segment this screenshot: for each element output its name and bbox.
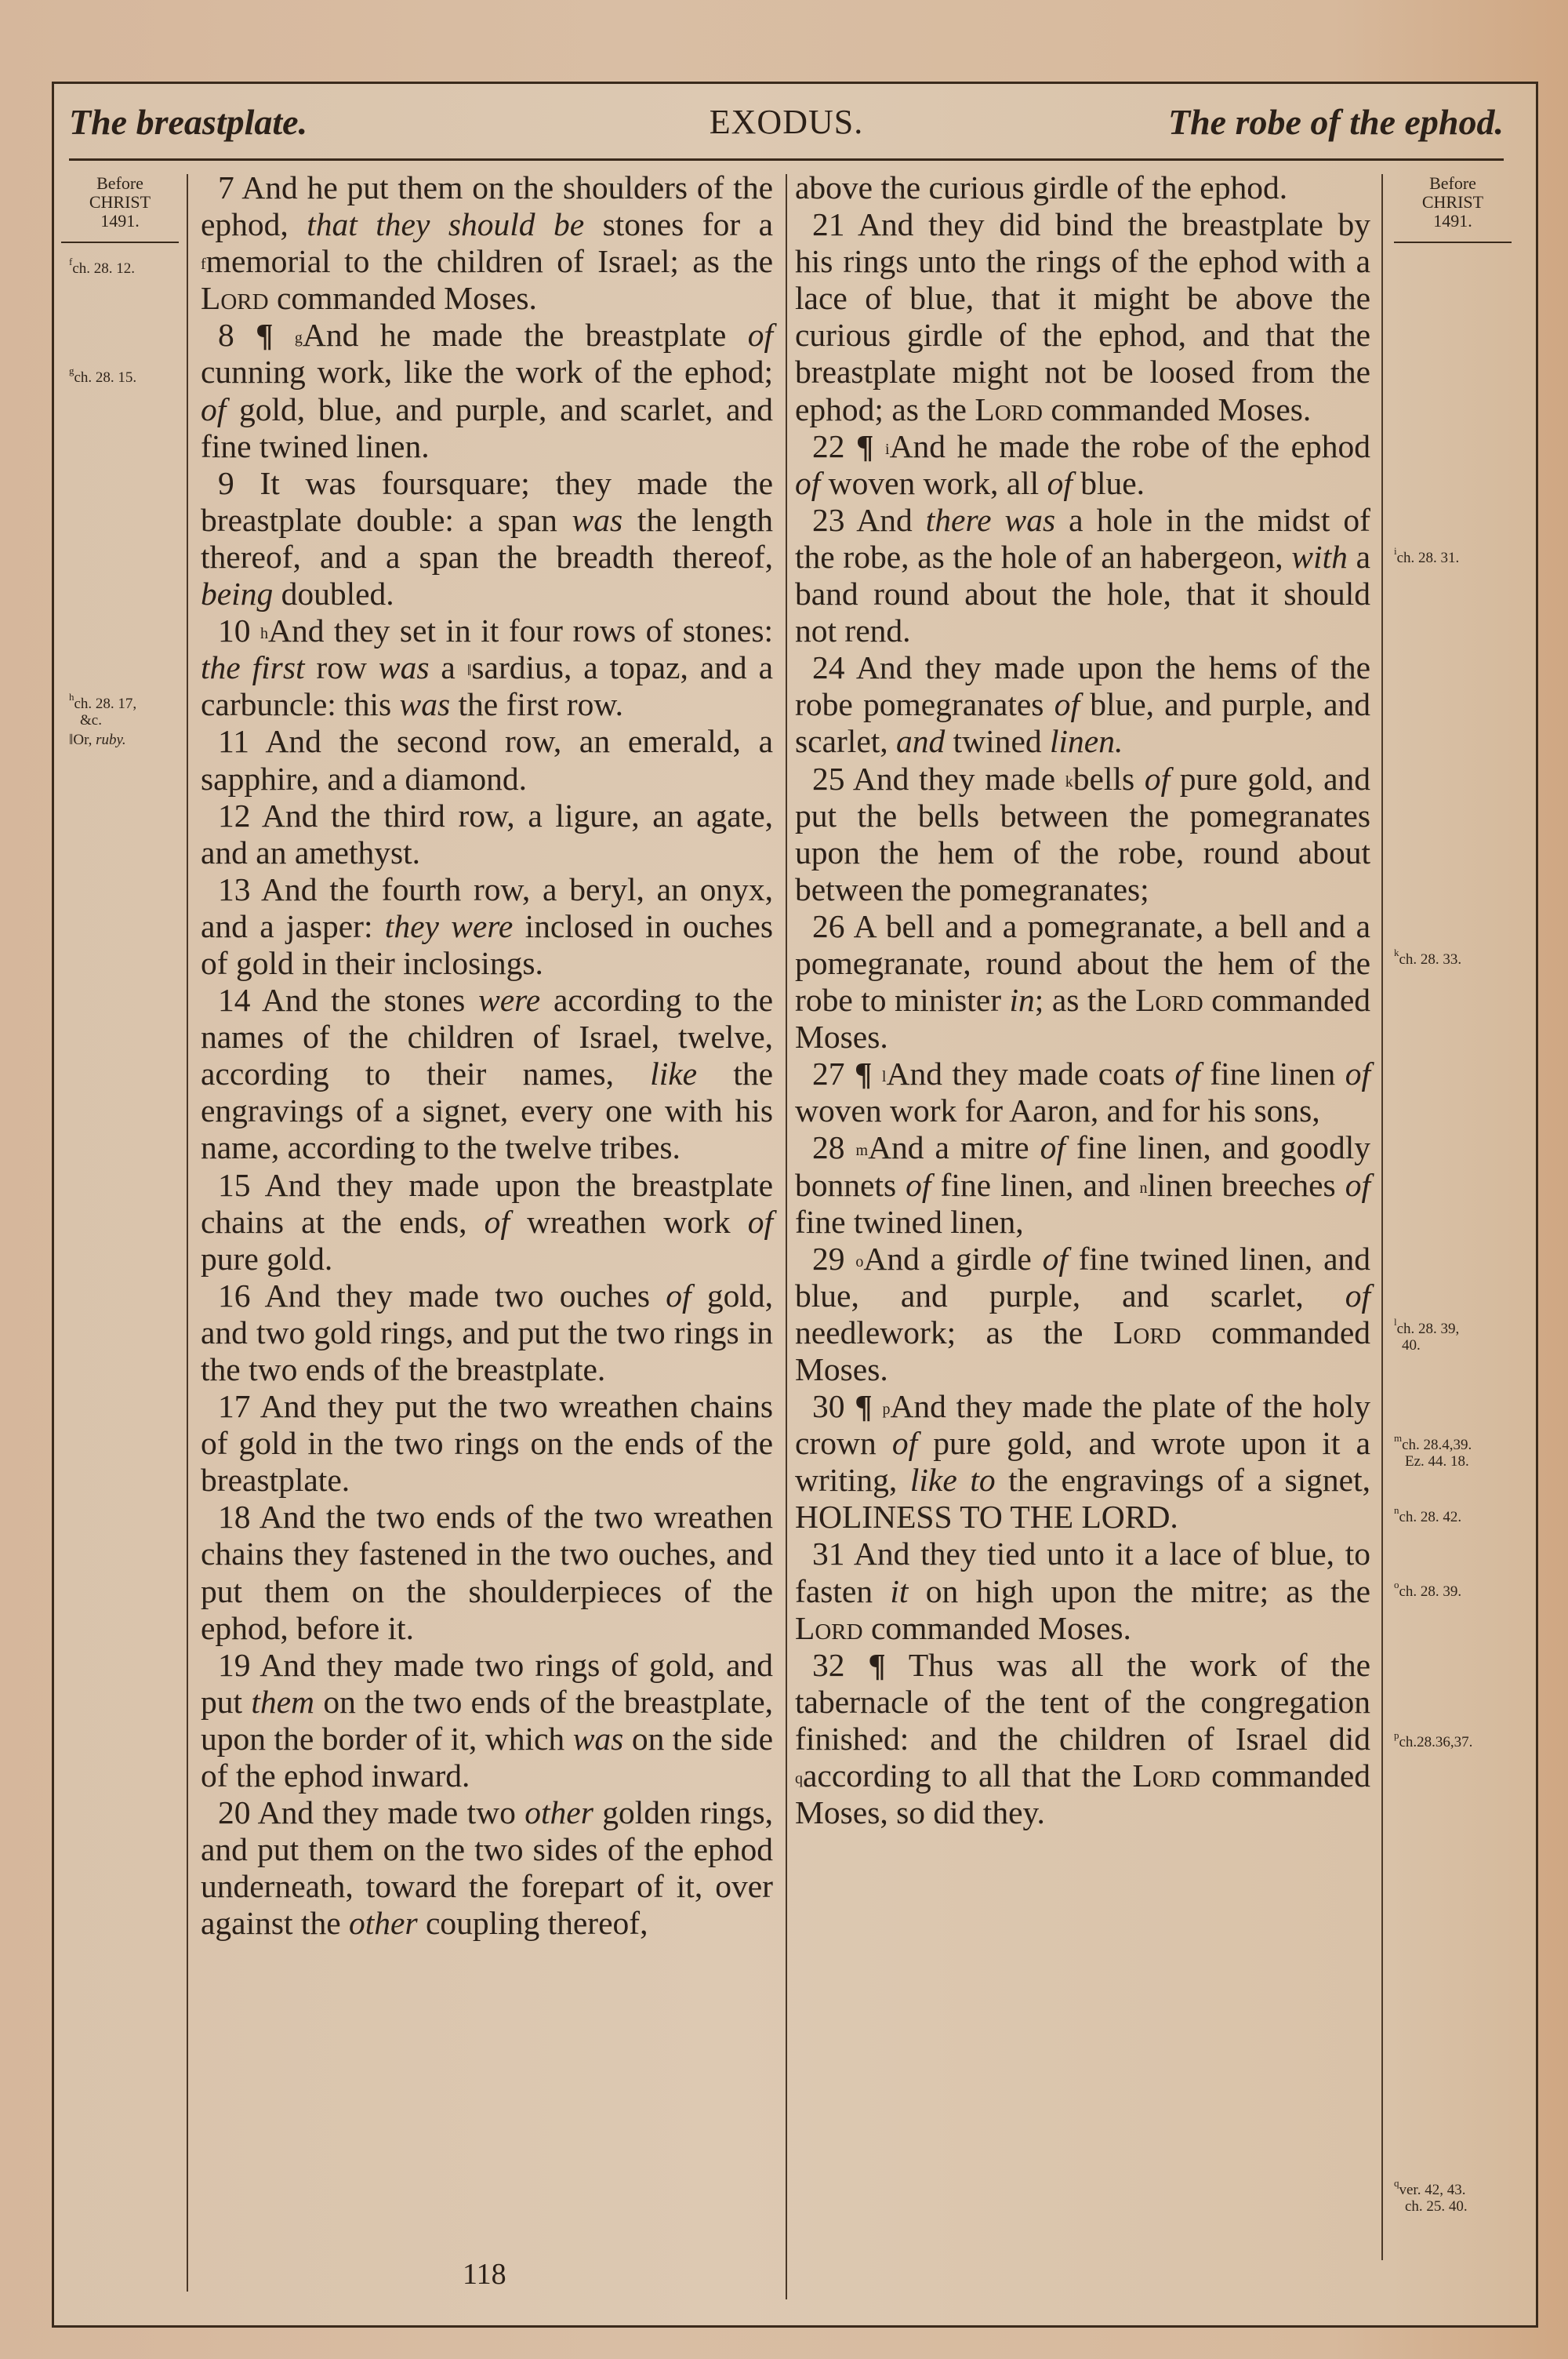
verse-text: And they made two — [258, 1794, 525, 1830]
verse-italic: of — [748, 1204, 773, 1240]
verse-smallcaps: Lord — [1113, 1314, 1181, 1350]
verse-text: stones for a — [584, 206, 773, 242]
verse-italic: linen. — [1050, 723, 1123, 759]
note-mark: k — [1394, 947, 1399, 958]
book-title: EXODUS. — [710, 102, 863, 142]
verse-italic: of — [892, 1425, 917, 1461]
verse-8: 8 ¶ gAnd he made the breastplate of cunn… — [201, 317, 773, 464]
verse-number: 9 — [218, 465, 234, 501]
verse-italic: like — [650, 1056, 697, 1092]
verse-28: 28 mAnd a mitre of fine linen, and goodl… — [795, 1129, 1370, 1240]
verse-italic: them — [251, 1684, 314, 1720]
note-mark: f — [69, 256, 72, 267]
verse-number: 20 — [218, 1794, 251, 1830]
date-rule — [1394, 242, 1512, 243]
left-margin-rule — [187, 174, 188, 2292]
date-before-christ-right: Before CHRIST 1491. — [1394, 174, 1512, 231]
verse-text: commanded Moses. — [269, 280, 537, 316]
note-mark: n — [1394, 1504, 1399, 1516]
verse-text: gold, blue, and purple, and scarlet, and… — [201, 391, 773, 464]
note-text: 40. — [1394, 1337, 1421, 1354]
verse-20-continued: above the curious girdle of the ephod. — [795, 169, 1370, 206]
verse-text: linen breeches — [1147, 1167, 1345, 1203]
verse-text: And they made coats — [886, 1056, 1174, 1092]
reference-mark: f — [201, 256, 206, 273]
note-text: ch. 28. 39. — [1399, 1583, 1462, 1600]
verse-text: And he made the robe of the ephod — [890, 428, 1370, 464]
verse-30: 30 ¶ pAnd they made the plate of the hol… — [795, 1388, 1370, 1536]
header-rule — [69, 158, 1504, 161]
running-head-left: The breastplate. — [69, 101, 307, 143]
reference-mark: k — [1065, 773, 1073, 791]
verse-number: 8 — [218, 317, 234, 353]
note-mark: l — [1394, 1316, 1397, 1328]
verse-text: And he made the breastplate — [303, 317, 748, 353]
date-line: CHRIST — [1394, 193, 1512, 212]
verse-text: And they set in it four rows of stones: — [268, 612, 773, 649]
cross-reference-l: lch. 28. 39,40. — [1394, 1321, 1459, 1354]
verse-italic: were — [478, 982, 540, 1018]
text-column-left: 7 And he put them on the shoulders of th… — [201, 169, 773, 1943]
verse-text: according to all that the — [803, 1757, 1133, 1794]
verse-italic: other — [524, 1794, 593, 1830]
verse-number: 16 — [218, 1278, 251, 1314]
verse-11: 11 And the second row, an emerald, a sap… — [201, 723, 773, 797]
reference-mark: p — [882, 1401, 890, 1418]
verse-9: 9 It was foursquare; they made the breas… — [201, 465, 773, 612]
verse-29: 29 oAnd a girdle of fine twined linen, a… — [795, 1241, 1370, 1388]
date-line: 1491. — [61, 212, 179, 231]
verse-italic: of — [1345, 1056, 1370, 1092]
verse-smallcaps: Lord — [1135, 982, 1203, 1018]
verse-text: woven work, all — [820, 465, 1047, 501]
verse-text: cunning work, like the work of the ephod… — [201, 354, 773, 390]
verse-italic: of — [795, 465, 820, 501]
verse-italic: of — [485, 1204, 510, 1240]
page-number: 118 — [463, 2257, 506, 2292]
verse-number: 19 — [218, 1647, 251, 1683]
date-line: 1491. — [1394, 212, 1512, 231]
cross-reference-f: fch. 28. 12. — [69, 260, 135, 277]
verse-number: 10 — [218, 612, 251, 649]
verse-number: 25 — [812, 761, 845, 797]
verse-italic: of — [1175, 1056, 1200, 1092]
note-text: Ez. 44. 18. — [1394, 1453, 1469, 1470]
verse-text: And they put the two wreathen chains of … — [201, 1388, 773, 1498]
verse-27: 27 ¶ lAnd they made coats of fine linen … — [795, 1056, 1370, 1129]
verse-17: 17 And they put the two wreathen chains … — [201, 1388, 773, 1499]
verse-number: 30 — [812, 1388, 845, 1424]
verse-text: commanded Moses. — [1043, 391, 1311, 427]
date-line: Before — [1394, 174, 1512, 193]
verse-text: And they made — [853, 761, 1065, 797]
verse-italic: the first — [201, 649, 305, 685]
reference-mark: h — [260, 625, 268, 642]
verse-text: And the stones — [262, 982, 478, 1018]
pilcrow-icon: ¶ — [856, 428, 873, 464]
reference-mark: ‖ — [467, 662, 472, 679]
verse-25: 25 And they made kbells of pure gold, an… — [795, 761, 1370, 908]
verse-text: a — [430, 649, 467, 685]
note-text: ch. 28. 42. — [1399, 1509, 1462, 1525]
running-head: The breastplate. EXODUS. The robe of the… — [69, 94, 1504, 149]
cross-reference-h: hch. 28. 17,&c. — [69, 696, 136, 729]
reference-mark: g — [295, 329, 303, 347]
verse-text: And the two ends of the two wreathen cha… — [201, 1499, 773, 1645]
verse-text: blue. — [1073, 465, 1145, 501]
note-text: ch. 28.4,39. — [1402, 1437, 1472, 1453]
verse-text: bells — [1073, 761, 1145, 797]
verse-number: 23 — [812, 502, 845, 538]
note-mark: i — [1394, 545, 1397, 557]
verse-italic: of — [1043, 1241, 1068, 1277]
verse-16: 16 And they made two ouches of gold, and… — [201, 1278, 773, 1388]
note-mark: g — [69, 365, 74, 376]
verse-number: 29 — [812, 1241, 845, 1277]
verse-italic: was — [400, 686, 451, 722]
verse-text: needlework; as the — [795, 1314, 1113, 1350]
reference-mark: o — [855, 1253, 863, 1270]
verse-text: And — [856, 502, 926, 538]
verse-12: 12 And the third row, a ligure, an agate… — [201, 798, 773, 871]
verse-number: 32 — [812, 1647, 845, 1683]
verse-15: 15 And they made upon the breastplate ch… — [201, 1167, 773, 1278]
cross-reference-i: ich. 28. 31. — [1394, 550, 1459, 566]
cross-reference-g: gch. 28. 15. — [69, 369, 136, 386]
verse-number: 22 — [812, 428, 845, 464]
note-text: Or, — [73, 732, 96, 748]
cross-reference-q: qver. 42, 43.ch. 25. 40. — [1394, 2182, 1468, 2215]
note-text: ch.28.36,37. — [1399, 1734, 1473, 1750]
note-text: ch. 28. 15. — [74, 369, 137, 386]
date-line: Before — [61, 174, 179, 193]
verse-smallcaps: Lord — [201, 280, 269, 316]
pilcrow-icon: ¶ — [868, 1647, 885, 1683]
note-mark: m — [1394, 1432, 1402, 1444]
verse-text: And the second row, an emerald, a sapphi… — [201, 723, 773, 796]
reference-mark: l — [882, 1068, 887, 1085]
right-margin: Before CHRIST 1491. — [1394, 174, 1512, 243]
verse-number: 17 — [218, 1388, 251, 1424]
verse-19: 19 And they made two rings of gold, and … — [201, 1647, 773, 1794]
cross-reference-m: mch. 28.4,39.Ez. 44. 18. — [1394, 1437, 1472, 1470]
text-column-right: above the curious girdle of the ephod. 2… — [795, 169, 1370, 1831]
verse-text: coupling thereof, — [418, 1905, 648, 1941]
verse-italic: they were — [385, 908, 514, 944]
verse-24: 24 And they made upon the hems of the ro… — [795, 649, 1370, 760]
verse-number: 11 — [218, 723, 249, 759]
pilcrow-icon: ¶ — [855, 1388, 872, 1424]
note-mark: o — [1394, 1579, 1399, 1590]
verse-26: 26 A bell and a pomegranate, a bell and … — [795, 908, 1370, 1056]
verse-text: on high upon the mitre; as the — [908, 1573, 1370, 1609]
cross-reference-o: och. 28. 39. — [1394, 1583, 1461, 1600]
cross-reference-n: nch. 28. 42. — [1394, 1509, 1461, 1525]
verse-text: fine twined linen, — [795, 1204, 1024, 1240]
verse-italic: was — [379, 649, 430, 685]
verse-italic: there was — [926, 502, 1055, 538]
verse-italic: it — [890, 1573, 908, 1609]
running-head-right: The robe of the ephod. — [1168, 101, 1504, 143]
reference-mark: q — [795, 1770, 803, 1787]
verse-text: woven work for Aaron, and for his sons, — [795, 1092, 1320, 1129]
verse-italic: of — [1047, 465, 1073, 501]
verse-20: 20 And they made two other golden rings,… — [201, 1794, 773, 1942]
verse-text: ; as the — [1035, 982, 1135, 1018]
verse-text: And a mitre — [868, 1129, 1040, 1165]
left-margin: Before CHRIST 1491. — [61, 174, 179, 243]
verse-text: fine linen, and — [931, 1167, 1139, 1203]
note-mark: q — [1394, 2177, 1399, 2189]
pilcrow-icon: ¶ — [855, 1056, 872, 1092]
note-text: ch. 28. 33. — [1399, 951, 1462, 968]
verse-italic: of — [201, 391, 226, 427]
right-margin-rule — [1381, 174, 1383, 2260]
verse-smallcaps: Lord — [975, 391, 1043, 427]
note-text: ch. 28. 39, — [1397, 1321, 1460, 1337]
verse-smallcaps: Lord — [1133, 1757, 1201, 1794]
verse-32: 32 ¶ Thus was all the work of the tabern… — [795, 1647, 1370, 1831]
verse-italic: was — [572, 502, 623, 538]
marginal-reading-ruby: ‖Or, ruby. — [69, 732, 126, 748]
verse-italic: was — [573, 1721, 624, 1757]
note-text: ch. 28. 31. — [1397, 550, 1460, 566]
verse-number: 18 — [218, 1499, 251, 1535]
verse-number: 21 — [812, 206, 845, 242]
note-mark: p — [1394, 1729, 1399, 1741]
reference-mark: i — [885, 441, 890, 458]
center-column-rule — [786, 174, 787, 2299]
note-text: ch. 28. 12. — [72, 260, 135, 277]
cross-reference-k: kch. 28. 33. — [1394, 951, 1461, 968]
verse-14: 14 And the stones were according to the … — [201, 982, 773, 1166]
verse-number: 26 — [812, 908, 845, 944]
verse-text: above the curious girdle of the ephod. — [795, 169, 1287, 205]
verse-7: 7 And he put them on the shoulders of th… — [201, 169, 773, 317]
note-text: ver. 42, 43. — [1399, 2182, 1466, 2198]
verse-italic: of — [1040, 1129, 1065, 1165]
verse-text: pure gold. — [201, 1241, 332, 1277]
verse-number: 12 — [218, 798, 251, 834]
verse-31: 31 And they tied unto it a lace of blue,… — [795, 1536, 1370, 1646]
verse-18: 18 And the two ends of the two wreathen … — [201, 1499, 773, 1646]
verse-number: 14 — [218, 982, 251, 1018]
note-text: ch. 25. 40. — [1394, 2198, 1468, 2215]
date-before-christ-left: Before CHRIST 1491. — [61, 174, 179, 231]
verse-text: And a girdle — [863, 1241, 1042, 1277]
verse-italic: of — [1145, 761, 1170, 797]
note-italic: ruby. — [96, 732, 126, 748]
verse-text: the first row. — [450, 686, 623, 722]
verse-number: 15 — [218, 1167, 251, 1203]
verse-text: memorial to the children of Israel; as t… — [206, 243, 773, 279]
reference-mark: m — [856, 1142, 869, 1159]
verse-text: row — [305, 649, 379, 685]
reference-mark: n — [1139, 1179, 1147, 1197]
verse-italic: and — [896, 723, 945, 759]
cross-reference-p: pch.28.36,37. — [1394, 1734, 1472, 1750]
verse-21: 21 And they did bind the breastplate by … — [795, 206, 1370, 428]
verse-italic: that they should be — [307, 206, 584, 242]
verse-text: fine linen — [1200, 1056, 1345, 1092]
verse-22: 22 ¶ iAnd he made the robe of the ephod … — [795, 428, 1370, 502]
verse-italic: with — [1291, 539, 1348, 575]
verse-number: 27 — [812, 1056, 845, 1092]
verse-23: 23 And there was a hole in the midst of … — [795, 502, 1370, 649]
verse-number: 24 — [812, 649, 845, 685]
verse-italic: of — [748, 317, 773, 353]
verse-text: wreathen work — [510, 1204, 748, 1240]
verse-smallcaps: Lord — [795, 1610, 863, 1646]
verse-text: commanded Moses. — [863, 1610, 1131, 1646]
verse-italic: other — [349, 1905, 418, 1941]
verse-number: 28 — [812, 1129, 845, 1165]
verse-text: twined — [945, 723, 1050, 759]
verse-number: 13 — [218, 871, 251, 907]
verse-italic: being — [201, 576, 273, 612]
note-text: &c. — [69, 712, 102, 729]
verse-italic: of — [1345, 1167, 1370, 1203]
verse-italic: of — [666, 1278, 691, 1314]
date-rule — [61, 242, 179, 243]
note-mark: h — [69, 691, 74, 703]
verse-text: doubled. — [273, 576, 394, 612]
verse-text: And they made two ouches — [265, 1278, 666, 1314]
verse-italic: in — [1010, 982, 1035, 1018]
verse-text: And the third row, a ligure, an agate, a… — [201, 798, 773, 871]
date-line: CHRIST — [61, 193, 179, 212]
note-text: ch. 28. 17, — [74, 696, 137, 712]
verse-10: 10 hAnd they set in it four rows of ston… — [201, 612, 773, 723]
pilcrow-icon: ¶ — [256, 317, 273, 353]
verse-italic: of — [1054, 686, 1080, 722]
verse-italic: like to — [910, 1462, 996, 1498]
verse-number: 31 — [812, 1536, 845, 1572]
verse-13: 13 And the fourth row, a beryl, an onyx,… — [201, 871, 773, 982]
verse-number: 7 — [218, 169, 234, 205]
verse-italic: of — [906, 1167, 931, 1203]
verse-italic: of — [1345, 1278, 1370, 1314]
